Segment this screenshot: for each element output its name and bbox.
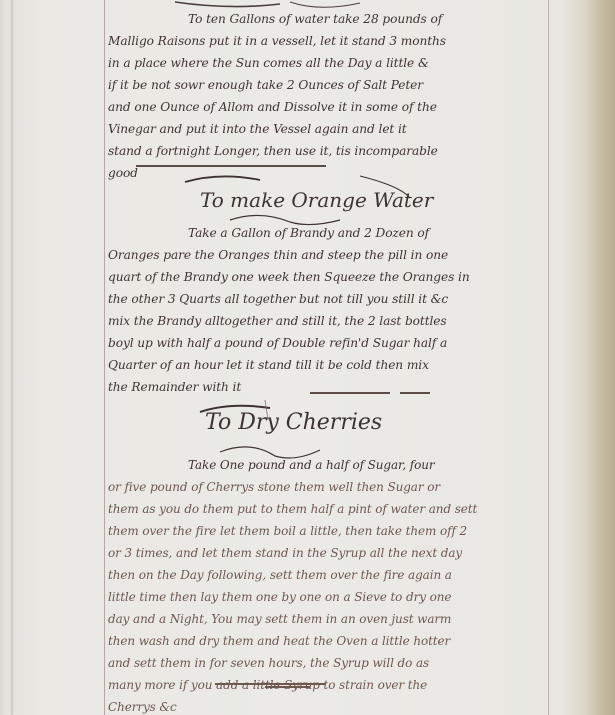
recipe-vinegar: To ten Gallons of water take 28 pounds o…	[108, 8, 546, 184]
recipe-line: then on the Day following, sett them ove…	[108, 564, 546, 586]
manuscript-page: To ten Gallons of water take 28 pounds o…	[0, 0, 615, 715]
recipe-line: To ten Gallons of water take 28 pounds o…	[108, 8, 546, 30]
recipe-line: them over the fire let them boil a littl…	[108, 520, 546, 542]
recipe-line: the other 3 Quarts all together but not …	[108, 288, 546, 310]
recipe-line: and one Ounce of Allom and Dissolve it i…	[108, 96, 546, 118]
recipe-line: Oranges pare the Oranges thin and steep …	[108, 244, 546, 266]
recipe-dry-cherries: Take One pound and a half of Sugar, four…	[108, 454, 546, 715]
recipe-line: little time then lay them one by one on …	[108, 586, 546, 608]
binding-gutter-shadow	[10, 0, 14, 715]
end-rule-accent	[265, 686, 310, 688]
end-rule-accent	[285, 165, 305, 167]
recipe-line: or five pound of Cherrys stone them well…	[108, 476, 546, 498]
recipe-orange-water: Take a Gallon of Brandy and 2 Dozen of O…	[108, 222, 546, 398]
right-margin-rule	[548, 0, 549, 715]
recipe-line: them as you do them put to them half a p…	[108, 498, 546, 520]
end-rule	[310, 392, 390, 394]
end-rule-accent	[400, 392, 430, 394]
recipe-line: quart of the Brandy one week then Squeez…	[108, 266, 546, 288]
recipe-line: boyl up with half a pound of Double refi…	[108, 332, 546, 354]
recipe-line: Take a Gallon of Brandy and 2 Dozen of	[108, 222, 546, 244]
recipe-line: Malligo Raisons put it in a vessell, let…	[108, 30, 546, 52]
recipe-line: stand a fortnight Longer, then use it, t…	[108, 140, 546, 162]
recipe-line: day and a Night, You may sett them in an…	[108, 608, 546, 630]
recipe-line: Vinegar and put it into the Vessel again…	[108, 118, 546, 140]
recipe-line: in a place where the Sun comes all the D…	[108, 52, 546, 74]
recipe-line: if it be not sowr enough take 2 Ounces o…	[108, 74, 546, 96]
end-rule	[215, 683, 325, 685]
left-margin-rule	[104, 0, 105, 715]
recipe-line: and sett them in for seven hours, the Sy…	[108, 652, 546, 674]
recipe-line: Take One pound and a half of Sugar, four	[108, 454, 546, 476]
recipe-line: or 3 times, and let them stand in the Sy…	[108, 542, 546, 564]
recipe-line: the Remainder with it	[108, 376, 546, 398]
recipe-line: Quarter of an hour let it stand till it …	[108, 354, 546, 376]
recipe-title-dry-cherries: To Dry Cherries	[205, 410, 382, 435]
recipe-line: then wash and dry them and heat the Oven…	[108, 630, 546, 652]
recipe-line: Cherrys &c	[108, 696, 546, 715]
recipe-line: mix the Brandy alltogether and still it,…	[108, 310, 546, 332]
recipe-title-orange-water: To make Orange Water	[200, 188, 433, 212]
recipe-line: many more if you add a little Syrup to s…	[108, 674, 546, 696]
